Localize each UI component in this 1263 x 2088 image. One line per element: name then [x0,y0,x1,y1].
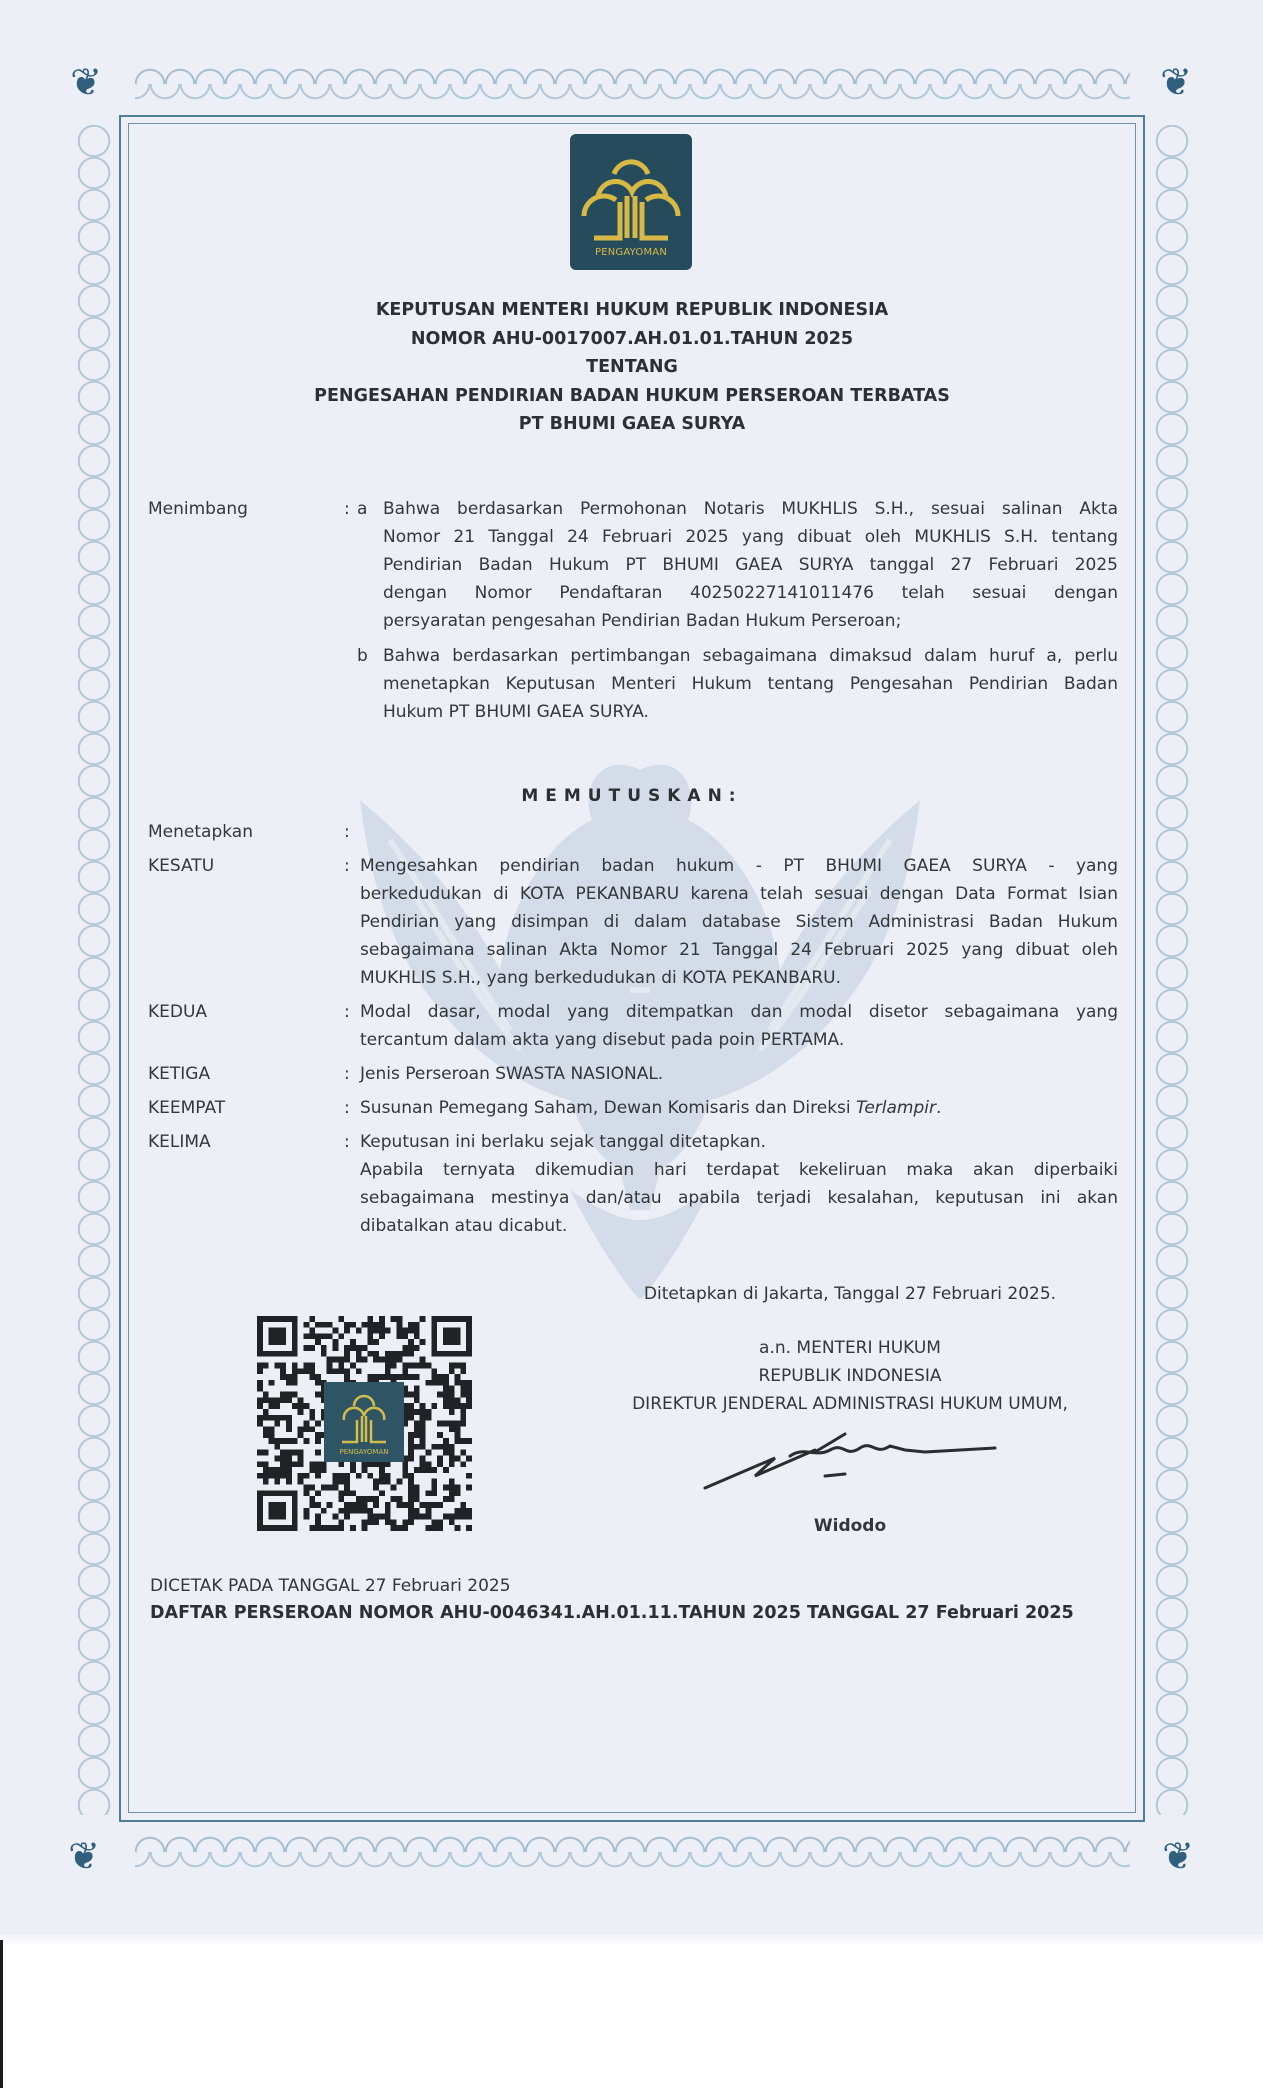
authority-line-1: a.n. MENTERI HUKUM [600,1334,1100,1362]
corner-ornament-icon: ❦ [1158,62,1194,102]
colon: : [344,1060,350,1088]
decree-title: KEPUTUSAN MENTERI HUKUM REPUBLIK INDONES… [128,296,1136,439]
article-label-kedua: KEDUA [148,998,207,1026]
registry-number: DAFTAR PERSEROAN NOMOR AHU-0046341.AH.01… [150,1603,1074,1623]
menimbang-item-b: Bahwa berdasarkan pertimbangan sebagaima… [383,642,1118,726]
article-kelima-text: Keputusan ini berlaku sejak tanggal dite… [360,1128,1118,1240]
text-line: Keputusan ini berlaku sejak tanggal dite… [360,1128,1118,1156]
article-kedua-text: Modal dasar, modal yang ditempatkan dan … [360,998,1118,1054]
text-line: Bahwa berdasarkan pertimbangan sebagaima… [383,642,1118,670]
colon: : [344,998,350,1026]
title-line-tentang: TENTANG [128,353,1136,382]
signer-name: Widodo [600,1512,1100,1540]
text-line: berkedudukan di KOTA PEKANBARU karena te… [360,880,1118,908]
text-line: MUKHLIS S.H., yang berkedudukan di KOTA … [360,964,1118,992]
menimbang-label: Menimbang [148,495,248,523]
text-line: menetapkan Keputusan Menteri Hukum tenta… [383,670,1118,698]
signature-authority: a.n. MENTERI HUKUM REPUBLIK INDONESIA DI… [600,1334,1100,1418]
article-label-ketiga: KETIGA [148,1060,210,1088]
colon: : [344,818,350,846]
left-guilloche-band [72,125,116,1815]
item-marker-b: b [357,642,368,670]
handwritten-signature-icon [695,1428,1005,1498]
colon: : [344,1128,350,1156]
text-line: sebagaimana salinan Akta Nomor 21 Tangga… [360,936,1118,964]
bottom-guilloche-band [135,1830,1130,1874]
corner-ornament-icon: ❦ [68,62,104,102]
top-guilloche-band [135,62,1130,106]
punctuation: . [936,1098,941,1118]
text-line: Hukum PT BHUMI GAEA SURYA. [383,698,1118,726]
article-label-kesatu: KESATU [148,852,214,880]
text-line: Susunan Pemegang Saham, Dewan Komisaris … [360,1098,856,1118]
italic-term: Terlampir [856,1098,936,1118]
corner-ornament-icon: ❦ [66,1836,102,1876]
article-label-keempat: KEEMPAT [148,1094,225,1122]
place-date: Ditetapkan di Jakarta, Tanggal 27 Februa… [600,1280,1100,1308]
item-marker-a: a [357,495,367,523]
title-line-1: KEPUTUSAN MENTERI HUKUM REPUBLIK INDONES… [128,296,1136,325]
article-keempat-text: Susunan Pemegang Saham, Dewan Komisaris … [360,1094,1118,1122]
printed-date: DICETAK PADA TANGGAL 27 Februari 2025 [150,1576,511,1596]
text-line: persyaratan pengesahan Pendirian Badan H… [383,607,1118,635]
title-subject: PENGESAHAN PENDIRIAN BADAN HUKUM PERSERO… [128,382,1136,411]
company-name: PT BHUMI GAEA SURYA [128,410,1136,439]
authority-line-3: DIREKTUR JENDERAL ADMINISTRASI HUKUM UMU… [600,1390,1100,1418]
article-ketiga-text: Jenis Perseroan SWASTA NASIONAL. [360,1060,1118,1088]
text-line: Pendirian Badan Hukum PT BHUMI GAEA SURY… [383,551,1118,579]
authority-line-2: REPUBLIK INDONESIA [600,1362,1100,1390]
menimbang-item-a: Bahwa berdasarkan Permohonan Notaris MUK… [383,495,1118,635]
colon: : [344,495,350,523]
decree-number: NOMOR AHU-0017007.AH.01.01.TAHUN 2025 [128,325,1136,354]
corner-ornament-icon: ❦ [1160,1836,1196,1876]
text-line: Bahwa berdasarkan Permohonan Notaris MUK… [383,495,1118,523]
text-line: dengan Nomor Pendaftaran 402502271410114… [383,579,1118,607]
text-line: Apabila ternyata dikemudian hari terdapa… [360,1156,1118,1184]
article-kesatu-text: Mengesahkan pendirian badan hukum - PT B… [360,852,1118,992]
ministry-logo: PENGAYOMAN [570,134,692,270]
qr-logo-caption: PENGAYOMAN [324,1448,404,1456]
logo-caption: PENGAYOMAN [570,247,692,258]
text-line: tercantum dalam akta yang disebut pada p… [360,1026,1118,1054]
right-guilloche-band [1150,125,1194,1815]
text-line: sebagaimana mestinya dan/atau apabila te… [360,1184,1118,1212]
article-label-kelima: KELIMA [148,1128,211,1156]
paper-edge [0,1935,1263,1947]
text-line: Nomor 21 Tanggal 24 Februari 2025 yang d… [383,523,1118,551]
colon: : [344,1094,350,1122]
qr-logo: PENGAYOMAN [324,1382,404,1462]
text-line: Modal dasar, modal yang ditempatkan dan … [360,998,1118,1026]
menetapkan-label: Menetapkan [148,818,253,846]
text-line: Pendirian yang disimpan di dalam databas… [360,908,1118,936]
text-line: Mengesahkan pendirian badan hukum - PT B… [360,852,1118,880]
text-line: dibatalkan atau dicabut. [360,1212,1118,1240]
colon: : [344,852,350,880]
decision-heading: MEMUTUSKAN: [128,786,1136,806]
scan-artifact-line [0,1940,3,2088]
